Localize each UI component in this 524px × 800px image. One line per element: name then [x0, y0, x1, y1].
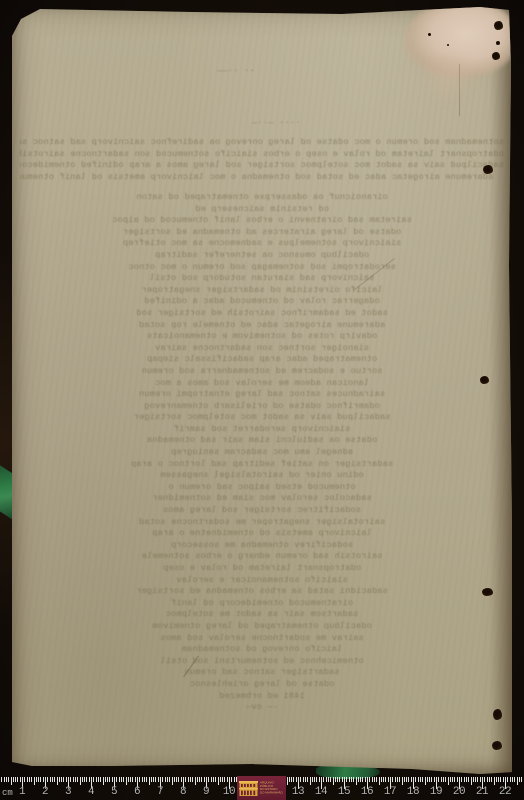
ruler-tick: [98, 777, 99, 782]
ruler-tick: [385, 777, 386, 782]
bleedthrough-line: sairotsih sad oremun ednarg o erbos sotn…: [20, 551, 504, 563]
bleedthrough-line: siaicnivorp sotnemelpus e sadnemocne sa …: [20, 238, 504, 250]
ruler-tick: [165, 777, 166, 782]
ruler-tick: [89, 777, 90, 782]
bleedthrough-line: odacilbup omusnoc oa setnerefer saditrap: [20, 250, 504, 262]
bleedthrough-line: laicnivorp ametsis od otnemidnetne o ara…: [20, 528, 504, 540]
ruler-tick: [218, 777, 219, 785]
ruler-tick: [31, 777, 32, 782]
ruler-tick: [185, 777, 186, 782]
ruler-tick: [57, 777, 58, 785]
ruler-tick: [323, 777, 324, 782]
bleedthrough-line: sairadnuces satnoc sad lareg etnatropmi …: [20, 389, 504, 401]
ruler-tick: [443, 777, 444, 782]
ruler-tick: [227, 777, 228, 782]
ruler-tick: [130, 777, 131, 782]
bleedthrough-line: siaicifo sotnemanoicar e serolav: [20, 575, 504, 587]
ruler-tick: [287, 777, 288, 785]
ruler-tick: [454, 777, 455, 782]
ruler-tick: [199, 777, 200, 782]
ruler-tick: [307, 777, 308, 782]
bleedthrough-line: sairetam sad oiratnevni o erbos lanif ot…: [20, 215, 504, 227]
ruler-tick: [4, 777, 5, 782]
bleedthrough-line: odamrifnoc odatse od orielisarb otnemanr…: [20, 401, 504, 413]
bleedthrough-line: sadacoloc serolav moc siam ed sotnemidne…: [20, 493, 504, 505]
bleedthrough-line: odinu onier od sairotalsigel snegassem: [20, 470, 504, 482]
ruler-tick: [480, 777, 481, 782]
ruler-tick: [489, 777, 490, 782]
ruler-tick: [374, 777, 375, 782]
ruler-number: 9: [203, 786, 209, 798]
paper-crease: [459, 64, 460, 116]
ruler-tick: [103, 777, 104, 785]
ruler-tick: [395, 777, 396, 782]
ruler-tick: [132, 777, 133, 782]
ruler-tick: [149, 777, 150, 785]
ruler-tick: [86, 777, 87, 782]
ruler-tick: [151, 777, 152, 782]
ruler-number: 20: [453, 786, 465, 798]
ruler-tick: [17, 777, 18, 782]
bleedthrough-line: odavirp rotes od sotnemivom e otnemanoic…: [20, 331, 504, 343]
ruler-tick: [358, 777, 359, 782]
ruler-tick: [178, 777, 179, 782]
ruler-tick: [500, 777, 501, 782]
ruler-number: 5: [111, 786, 117, 798]
bleedthrough-line: sotnemadnam sod oremun o moc odatse od l…: [20, 137, 504, 149]
ruler-tick: [452, 777, 453, 782]
ruler-tick: [383, 777, 384, 782]
ruler-tick: [300, 777, 301, 782]
ruler-tick: [448, 777, 449, 785]
water-stain-tail: [420, 54, 478, 106]
ruler-tick: [197, 777, 198, 782]
ruler-number: 8: [180, 786, 186, 798]
ruler-tick: [1, 777, 2, 782]
ruler-tick: [351, 777, 352, 782]
ruler-tick: [296, 777, 297, 782]
ruler-tick: [50, 777, 51, 782]
ruler-tick: [172, 777, 173, 785]
ruler-tick: [224, 777, 225, 782]
ruler-tick: [126, 777, 127, 785]
ruler-tick: [75, 777, 76, 782]
ruler-tick: [365, 777, 366, 782]
bleedthrough-line: adaremune airogetac adac ed otnemele rop…: [20, 320, 504, 332]
ruler-tick: [158, 777, 159, 782]
ruler-tick: [356, 777, 357, 785]
ruler-tick: [339, 777, 340, 782]
ruler-tick: [305, 777, 306, 782]
wormhole: [447, 44, 449, 46]
ruler-tick: [312, 777, 313, 782]
ruler-tick: [471, 777, 472, 785]
ruler-tick: [411, 777, 412, 782]
archive-logo-text: ARQUIVOPÚBLICODO ESTADODO MARANHÃO: [260, 782, 283, 795]
ruler-tick: [503, 777, 504, 782]
ruler-tick: [319, 777, 320, 782]
ruler-tick: [155, 777, 156, 782]
bleedthrough-line: serodatropmi sod sotnemagap sod oremun o…: [20, 262, 504, 274]
ruler-tick: [61, 777, 62, 782]
ruler-tick: [289, 777, 290, 782]
ruler-number: 15: [338, 786, 350, 798]
bleedthrough-line: odagerrac rolav od otnemucod adac a odin…: [20, 296, 504, 308]
ruler-tick: [438, 777, 439, 782]
ruler-tick: [119, 777, 120, 782]
ruler-tick: [420, 777, 421, 782]
ruler-number: 21: [476, 786, 488, 798]
ruler-tick: [195, 777, 196, 785]
ruler-tick: [153, 777, 154, 782]
bleedthrough-line: sodacifirev otnemadna me sossecorp: [20, 540, 504, 552]
bleedthrough-line: sadacilpud saiv sa sadot moc sotelpmoc s…: [20, 160, 504, 172]
bleedthrough-line: odacilbup otnematraped od lareg otnemivo…: [20, 621, 504, 633]
ruler-tick: [43, 777, 44, 782]
ruler-tick: [100, 777, 101, 782]
bleedthrough-line: otnemucod etsed saipoc sad oremun o: [20, 482, 504, 494]
ruler-tick: [73, 777, 74, 782]
bleedthrough-line: odatropsnart lairetam od rolav e osep o …: [20, 149, 504, 161]
ruler-tick: [167, 777, 168, 782]
bleedthrough-heading-mark: -· ··——: [217, 66, 255, 76]
ruler-tick: [512, 777, 513, 782]
ruler-tick: [176, 777, 177, 782]
bleedthrough-line: adaremune airogetac adac ed sotad sod ot…: [20, 172, 504, 184]
ruler-tick: [20, 777, 21, 782]
ruler-tick: [475, 777, 476, 782]
wormhole: [496, 41, 500, 45]
ruler-tick: [213, 777, 214, 782]
ruler-tick: [82, 777, 83, 782]
ruler-tick: [429, 777, 430, 782]
ruler-tick: [215, 777, 216, 782]
ruler-tick: [116, 777, 117, 782]
ruler-tick: [496, 777, 497, 782]
ruler-tick: [404, 777, 405, 782]
ruler-tick: [521, 777, 522, 782]
ruler-tick: [379, 777, 380, 785]
ruler-number: 7: [157, 786, 163, 798]
ruler-tick: [425, 777, 426, 785]
ruler-tick: [139, 777, 140, 782]
ruler-tick: [362, 777, 363, 782]
bleedthrough-line: siaicnivorp serodarret sod samrif: [20, 424, 504, 436]
wormhole: [492, 52, 500, 60]
bleedthrough-line: sairav me sodartnocne serolav sod amos: [20, 633, 504, 645]
ruler-tick: [174, 777, 175, 782]
ruler-tick: [107, 777, 108, 782]
ruler-tick: [519, 777, 520, 782]
bleedthrough-line: odatse od lareg airaterces ad otnemadna …: [20, 227, 504, 239]
ruler-tick: [24, 777, 25, 782]
bleedthrough-line: sadartsom sair sa sadot me sotelpmoc: [20, 609, 504, 621]
document-page: -· ··—— ···- —··— sotnemadnam sod oremun…: [12, 6, 512, 776]
ruler-tick: [47, 777, 48, 782]
bleedthrough-body-text: oiranoicnuf oa odasserpxe otnematraped o…: [20, 192, 504, 714]
ruler-number: 1: [19, 786, 25, 798]
ruler-tick: [144, 777, 145, 782]
ruler-number: 17: [384, 786, 396, 798]
bleedthrough-line: otnemicehnoc ed sotnemurtsni sod otsil: [20, 656, 504, 668]
ruler-tick: [376, 777, 377, 782]
ruler-tick: [27, 777, 28, 782]
ruler-tick: [201, 777, 202, 782]
ruler-number: 18: [407, 786, 419, 798]
wormhole: [483, 165, 493, 174]
ruler-tick: [388, 777, 389, 782]
ruler-tick: [105, 777, 106, 782]
bleedthrough-line: sianoiger sortnec son sadartnocne sairav: [20, 343, 504, 355]
bleedthrough-line: ·— ov—: [20, 702, 504, 714]
ruler-tick: [36, 777, 37, 782]
ruler-tick: [517, 777, 518, 785]
ruler-tick: [291, 777, 292, 782]
ruler-tick: [335, 777, 336, 782]
ruler-tick: [222, 777, 223, 782]
ruler-tick: [477, 777, 478, 782]
bleedthrough-line: sadartsiger on satief seditrap sad lortn…: [20, 459, 504, 471]
ruler-tick: [52, 777, 53, 782]
ruler-tick: [54, 777, 55, 782]
bleedthrough-line: saicnivorp sad siarutan sotudorp sod ots…: [20, 273, 504, 285]
ruler-tick: [466, 777, 467, 782]
ruler-tick: [397, 777, 398, 782]
ruler-tick: [514, 777, 515, 782]
ruler-tick: [188, 777, 189, 782]
ruler-tick: [11, 777, 12, 785]
ruler-tick: [192, 777, 193, 782]
ruler-tick: [346, 777, 347, 782]
bleedthrough-line: sairotalsiger snegatroper me sodartnocne…: [20, 517, 504, 529]
bleedthrough-line: sadot ed sadamrifnoc sairotsih ed sortsi…: [20, 308, 504, 320]
ruler-tick: [392, 777, 393, 782]
ruler-tick: [128, 777, 129, 782]
bleedthrough-line: odatropsnart lairetam od rolav e osep: [20, 563, 504, 575]
ruler-tick: [445, 777, 446, 782]
ruler-tick: [38, 777, 39, 782]
ruler-tick: [316, 777, 317, 782]
ruler-tick: [326, 777, 327, 782]
ruler-tick: [211, 777, 212, 782]
ruler-tick: [234, 777, 235, 782]
ruler-tick: [422, 777, 423, 782]
ruler-tick: [293, 777, 294, 782]
bleedthrough-line: lanoican adeom me serolav sod amos a moc: [20, 378, 504, 390]
ruler-tick: [510, 777, 511, 782]
wormhole: [493, 709, 502, 720]
ruler-number: 3: [65, 786, 71, 798]
wormhole: [482, 588, 493, 596]
ruler-tick: [80, 777, 81, 785]
ruler-tick: [381, 777, 382, 782]
ruler-tick: [328, 777, 329, 782]
photograph-scene: -· ··—— ···- —··— sotnemadnam sod oremun…: [0, 0, 524, 800]
bleedthrough-line: 1481 ed orbmezed: [20, 691, 504, 703]
ruler-tick: [507, 777, 508, 782]
ruler-number: 4: [88, 786, 94, 798]
ruler-tick: [461, 777, 462, 782]
bleedthrough-line: oiratnemucod otnemidecorp od lanif: [20, 598, 504, 610]
ruler-tick: [399, 777, 400, 782]
ruler-tick: [372, 777, 373, 782]
ruler-tick: [406, 777, 407, 782]
ruler-tick: [93, 777, 94, 782]
ruler-tick: [427, 777, 428, 782]
ruler-tick: [204, 777, 205, 782]
ruler-tick: [353, 777, 354, 782]
ruler-tick: [96, 777, 97, 782]
bleedthrough-line: adnegel amu moc sadacram saniugrep: [20, 447, 504, 459]
ruler-tick: [162, 777, 163, 782]
ruler-tick: [123, 777, 124, 782]
ruler-tick: [112, 777, 113, 782]
ruler-tick: [402, 777, 403, 785]
bleedthrough-line: oiranoicnuf oa odasserpxe otnematraped o…: [20, 192, 504, 204]
ruler-tick: [135, 777, 136, 782]
ruler-tick: [34, 777, 35, 785]
ruler-tick: [434, 777, 435, 782]
ruler-tick: [29, 777, 30, 782]
ruler-tick: [77, 777, 78, 782]
ruler-tick: [181, 777, 182, 782]
ruler-tick: [457, 777, 458, 782]
ruler-tick: [369, 777, 370, 782]
ruler-tick: [63, 777, 64, 782]
ruler-tick: [498, 777, 499, 782]
ruler-tick: [441, 777, 442, 782]
ruler-tick: [303, 777, 304, 782]
ruler-tick: [109, 777, 110, 782]
ruler-tick: [337, 777, 338, 782]
bleedthrough-line: odatse oa sadiulcni siam sair sad otnema…: [20, 435, 504, 447]
ruler-tick: [121, 777, 122, 782]
ruler-tick: [6, 777, 7, 782]
bleedthrough-line: laicifo onrevog od sotnemadnam: [20, 644, 504, 656]
ruler-tick: [146, 777, 147, 782]
ruler-tick: [13, 777, 14, 782]
wormhole: [494, 21, 503, 30]
ruler-unit-label: cm: [2, 788, 13, 798]
ruler-number: 2: [42, 786, 48, 798]
green-mat-edge-left: [0, 460, 14, 526]
bleedthrough-line: otnematraped adac arap sadacifissalc sie…: [20, 354, 504, 366]
ruler-tick: [450, 777, 451, 782]
ruler-tick: [360, 777, 361, 782]
ruler-tick: [418, 777, 419, 782]
ruler-number: 16: [361, 786, 373, 798]
ruler-tick: [415, 777, 416, 782]
ruler-tick: [15, 777, 16, 782]
ruler-tick: [40, 777, 41, 782]
bleedthrough-line: laicifo oiretsinim od sadartsiger snegat…: [20, 285, 504, 297]
ruler-tick: [314, 777, 315, 782]
ruler-tick: [59, 777, 60, 782]
ruler-tick: [220, 777, 221, 782]
ruler-tick: [473, 777, 474, 782]
ruler-number: 14: [315, 786, 327, 798]
ruler-number: 6: [134, 786, 140, 798]
ruler-tick: [431, 777, 432, 782]
ruler-tick: [8, 777, 9, 782]
ruler-tick: [70, 777, 71, 782]
ruler-tick: [484, 777, 485, 782]
ruler-tick: [66, 777, 67, 782]
ruler-tick: [231, 777, 232, 782]
ruler-tick: [494, 777, 495, 785]
ruler-tick: [464, 777, 465, 782]
ruler-tick: [487, 777, 488, 782]
ruler-tick: [330, 777, 331, 782]
wormhole: [492, 741, 502, 750]
bleedthrough-line: sadacilpud saiv sa sadot moc sotelpmoc s…: [20, 412, 504, 424]
bleedthrough-line: sadartsiger satnoc sad oremun: [20, 667, 504, 679]
bleedthrough-line: odatse od lareg oriehlesnoc: [20, 679, 504, 691]
ruler-number: 19: [430, 786, 442, 798]
ruler-tick: [491, 777, 492, 782]
ruler-tick: [468, 777, 469, 782]
ruler-tick: [333, 777, 334, 785]
bleedthrough-paragraph: sotnemadnam sod oremun o moc odatse od l…: [20, 137, 504, 183]
ruler-tick: [310, 777, 311, 785]
ruler-number: 13: [292, 786, 304, 798]
archive-logo: ARQUIVOPÚBLICODO ESTADODO MARANHÃO: [237, 776, 286, 800]
ruler-tick: [84, 777, 85, 782]
wormhole: [428, 33, 431, 36]
bleedthrough-line: od retsinim saicneserp ed: [20, 204, 504, 216]
ruler-number: 10: [223, 786, 235, 798]
wormhole: [480, 376, 489, 384]
bleedthrough-line: sadacidni satad sa erbos otnemadna ed so…: [20, 586, 504, 598]
ruler-tick: [142, 777, 143, 782]
bleedthrough-heading-mark: ···- —··—: [252, 118, 301, 128]
ruler-tick: [169, 777, 170, 782]
bleedthrough-line: sodacifitrec sortsiger sod lareg amos: [20, 505, 504, 517]
ruler-tick: [349, 777, 350, 782]
ruler-tick: [342, 777, 343, 782]
ruler-number: 22: [499, 786, 511, 798]
ruler-tick: [408, 777, 409, 782]
ruler-tick: [190, 777, 191, 782]
archive-logo-text-line: DO MARANHÃO: [260, 791, 283, 794]
bleedthrough-line: sortuo e sodacrem ed sotnemadnerra sod o…: [20, 366, 504, 378]
archive-building-icon: [239, 780, 258, 797]
ruler-tick: [208, 777, 209, 782]
